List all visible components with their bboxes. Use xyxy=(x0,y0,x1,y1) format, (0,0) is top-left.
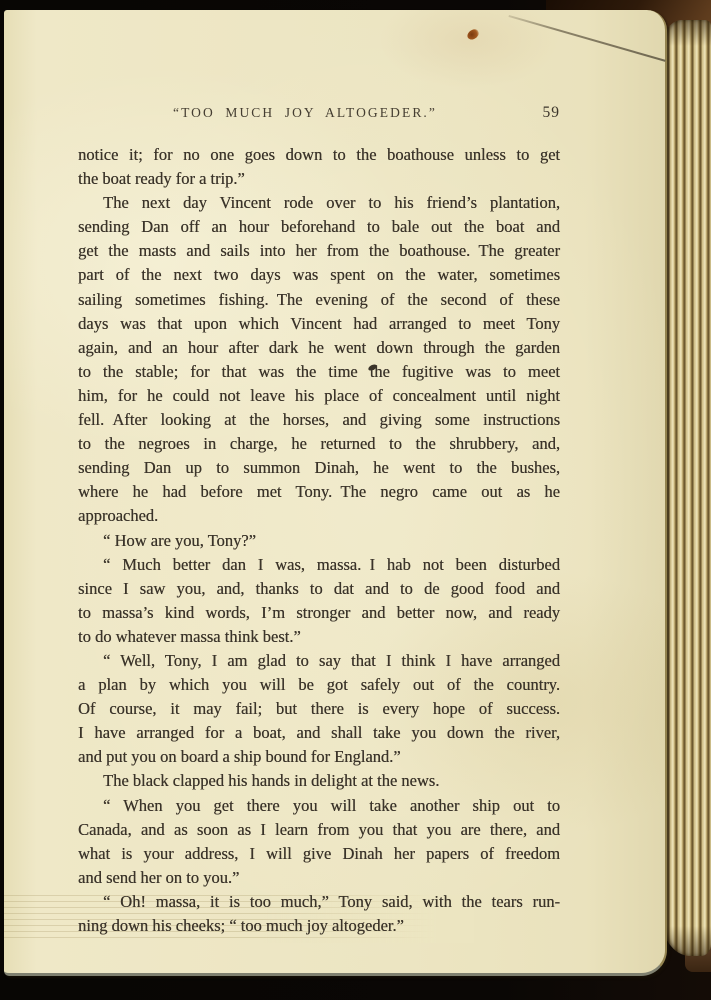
foxing-stain xyxy=(466,28,481,41)
book-page: “TOO MUCH JOY ALTOGEDER.” 59 notice it; … xyxy=(4,10,667,976)
text-line: and send her on to you.” xyxy=(78,866,560,890)
text-line: “ Much better dan I was, massa. I hab no… xyxy=(78,553,560,577)
text-line: what is your address, I will give Dinah … xyxy=(78,842,560,866)
page-number: 59 xyxy=(543,104,561,122)
text-line: sending Dan up to summon Dinah, he went … xyxy=(78,456,560,480)
running-header-title: “TOO MUCH JOY ALTOGEDER.” xyxy=(78,105,560,121)
text-line: sending Dan off an hour beforehand to ba… xyxy=(78,215,560,239)
text-line: “ Oh! massa, it is too much,” Tony said,… xyxy=(78,890,560,914)
text-line: and put you on board a ship bound for En… xyxy=(78,745,560,769)
scanned-book-photo: “TOO MUCH JOY ALTOGEDER.” 59 notice it; … xyxy=(0,0,711,1000)
text-line: The next day Vincent rode over to his fr… xyxy=(78,191,560,215)
text-line: a plan by which you will be got safely o… xyxy=(78,673,560,697)
text-line: “ How are you, Tony?” xyxy=(78,529,560,553)
text-line: sailing sometimes fishing. The evening o… xyxy=(78,288,560,312)
page-corner-crease xyxy=(509,15,666,61)
text-line: ning down his cheeks; “ too much joy alt… xyxy=(78,914,560,938)
running-header: “TOO MUCH JOY ALTOGEDER.” 59 xyxy=(78,105,560,125)
text-line: approached. xyxy=(78,504,560,528)
text-line: to the negroes in charge, he returned to… xyxy=(78,432,560,456)
text-line: The black clapped his hands in delight a… xyxy=(78,769,560,793)
text-line: days was that upon which Vincent had arr… xyxy=(78,312,560,336)
text-line: “ When you get there you will take anoth… xyxy=(78,794,560,818)
text-line: again, and an hour after dark he went do… xyxy=(78,336,560,360)
text-line: part of the next two days was spent on t… xyxy=(78,263,560,287)
text-line: since I saw you, and, thanks to dat and … xyxy=(78,577,560,601)
page-text-block: notice it; for no one goes down to the b… xyxy=(78,143,560,938)
text-line: fell. After looking at the horses, and g… xyxy=(78,408,560,432)
text-line: get the masts and sails into her from th… xyxy=(78,239,560,263)
text-line: I have arranged for a boat, and shall ta… xyxy=(78,721,560,745)
text-line: to do whatever massa think best.” xyxy=(78,625,560,649)
text-line: Canada, and as soon as I learn from you … xyxy=(78,818,560,842)
text-line: to massa’s kind words, I’m stronger and … xyxy=(78,601,560,625)
text-line: where he had before met Tony. The negro … xyxy=(78,480,560,504)
text-line: him, for he could not leave his place of… xyxy=(78,384,560,408)
fore-edge-page-stack xyxy=(660,20,711,956)
text-line: Of course, it may fail; but there is eve… xyxy=(78,697,560,721)
text-line: the boat ready for a trip.” xyxy=(78,167,560,191)
text-line: “ Well, Tony, I am glad to say that I th… xyxy=(78,649,560,673)
text-line: to the stable; for that was the time the… xyxy=(78,360,560,384)
text-line: notice it; for no one goes down to the b… xyxy=(78,143,560,167)
